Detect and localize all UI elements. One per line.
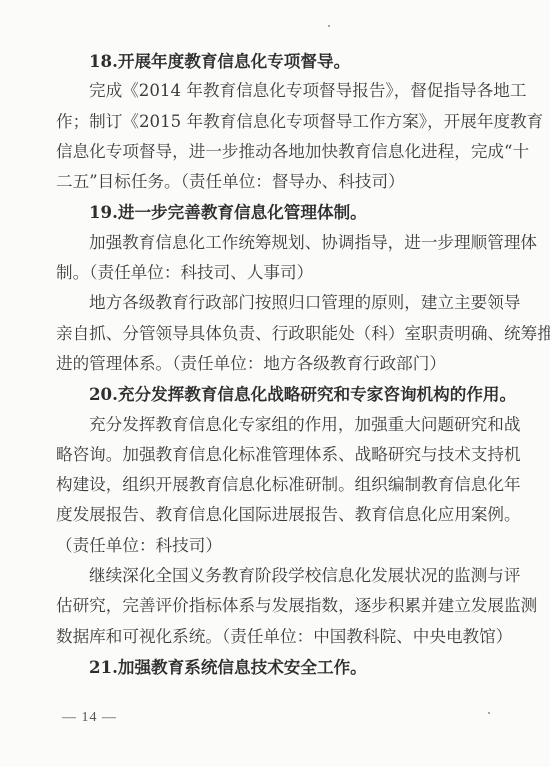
- section-heading-20: 20.充分发挥教育信息化战略研究和专家咨询机构的作用。: [56, 379, 476, 409]
- paragraph-line: 作；制订《2015 年教育信息化专项督导工作方案》，开展年度教育: [56, 107, 476, 137]
- scan-speck: [488, 712, 490, 714]
- paragraph-line: 进的管理体系。（责任单位：地方各级教育行政部门）: [56, 349, 476, 379]
- paragraph-line: 继续深化全国义务教育阶段学校信息化发展状况的监测与评: [56, 561, 476, 591]
- paragraph-line: 数据库和可视化系统。（责任单位：中国教科院、中央电教馆）: [56, 622, 476, 652]
- paragraph-line: 完成《2014 年教育信息化专项督导报告》，督促指导各地工: [56, 76, 476, 106]
- paragraph-line: 亲自抓、分管领导具体负责、行政职能处（科）室职责明确、统筹推: [56, 319, 476, 349]
- section-heading-18: 18.开展年度教育信息化专项督导。: [56, 46, 476, 76]
- section-heading-21: 21.加强教育系统信息技术安全工作。: [56, 652, 476, 682]
- paragraph-line: 充分发挥教育信息化专家组的作用，加强重大问题研究和战: [56, 410, 476, 440]
- document-page: 18.开展年度教育信息化专项督导。 完成《2014 年教育信息化专项督导报告》，…: [56, 46, 476, 682]
- section-heading-19: 19.进一步完善教育信息化管理体制。: [56, 197, 476, 227]
- paragraph-line: 制。（责任单位：科技司、人事司）: [56, 258, 476, 288]
- paragraph-line: 信息化专项督导，进一步推动各地加快教育信息化进程，完成“十: [56, 137, 476, 167]
- scan-speck: [328, 25, 330, 27]
- paragraph-line: 构建设，组织开展教育信息化标准研制。组织编制教育信息化年: [56, 470, 476, 500]
- page-number: — 14 —: [62, 710, 117, 726]
- paragraph-line: 二五”目标任务。（责任单位：督导办、科技司）: [56, 167, 476, 197]
- paragraph-line: 略咨询。加强教育信息化标准管理体系、战略研究与技术支持机: [56, 440, 476, 470]
- paragraph-line: 估研究，完善评价指标体系与发展指数，逐步积累并建立发展监测: [56, 591, 476, 621]
- paragraph-line: 地方各级教育行政部门按照归口管理的原则，建立主要领导: [56, 288, 476, 318]
- paragraph-line: 度发展报告、教育信息化国际进展报告、教育信息化应用案例。: [56, 500, 476, 530]
- paragraph-line: 加强教育信息化工作统筹规划、协调指导，进一步理顺管理体: [56, 228, 476, 258]
- paragraph-line: （责任单位：科技司）: [56, 531, 476, 561]
